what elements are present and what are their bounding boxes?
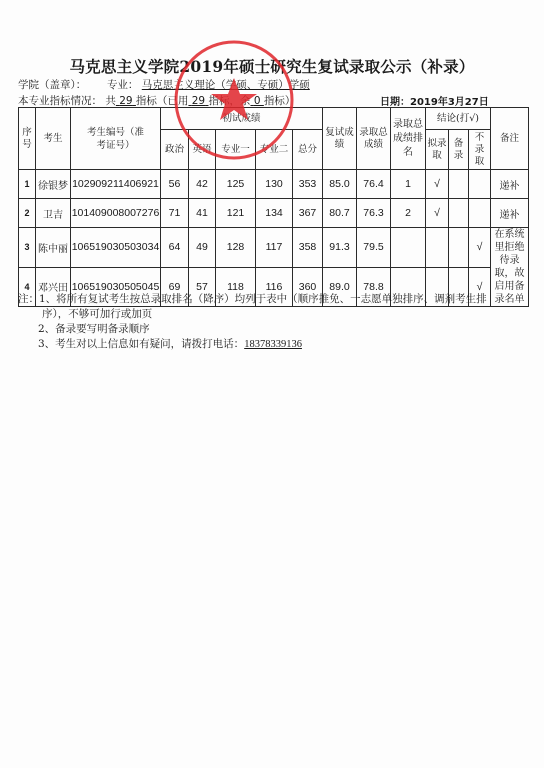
row-english: 49 xyxy=(189,228,216,268)
admission-table: 序号 考生 考生编号（准考证号） 初试成绩 复试成绩 录取总成绩 录取总成绩排名… xyxy=(18,107,529,307)
row-final-score: 76.4 xyxy=(357,170,391,199)
page-title: 马克思主义学院2019年硕士研究生复试录取公示（补录） xyxy=(0,55,544,77)
major-label: 专业： xyxy=(107,79,139,91)
note-1: 注：1、将所有复试考生按总录取排名（降序）均列于表中（顺序推免、一志愿单独排序、… xyxy=(18,292,487,307)
merged-remark: 在系统里拒绝待录取，故启用备录名单 xyxy=(491,228,529,307)
col-retest: 复试成绩 xyxy=(323,108,357,170)
notes: 注：1、将所有复试考生按总录取排名（降序）均列于表中（顺序推免、一志愿单独排序、… xyxy=(18,292,487,352)
row-exam-id: 106519030503034 xyxy=(71,228,161,268)
quota-used: 29 xyxy=(188,95,208,107)
row-rank: 2 xyxy=(391,199,426,228)
col-conclusion-group: 结论(打√) xyxy=(426,108,491,130)
check-reject xyxy=(469,170,491,199)
row-major1: 125 xyxy=(216,170,256,199)
check-reject xyxy=(469,199,491,228)
major-value: 马克思主义理论（学硕、专硕）学硕 xyxy=(142,79,310,91)
table-row: 3 陈中丽 106519030503034 64 49 128 117 358 … xyxy=(19,228,529,268)
row-major1: 121 xyxy=(216,199,256,228)
contact-phone: 18378339136 xyxy=(244,339,302,350)
quota-prefix: 本专业指标情况： 共 xyxy=(18,95,116,107)
quota-used-prefix: 指标（已用 xyxy=(136,95,189,107)
row-retest: 85.0 xyxy=(323,170,357,199)
col-rank: 录取总成绩排名 xyxy=(391,108,426,170)
row-index: 2 xyxy=(19,199,36,228)
check-admit: √ xyxy=(426,170,449,199)
row-politics: 56 xyxy=(161,170,189,199)
col-final-score: 录取总成绩 xyxy=(357,108,391,170)
quota-line: 本专业指标情况： 共 29 指标（已用 29 指标，余 0 指标） xyxy=(18,93,295,108)
date: 日期：2019年3月27日 xyxy=(380,93,489,108)
check-backup xyxy=(449,199,469,228)
col-major1: 专业一 xyxy=(216,130,256,170)
row-english: 41 xyxy=(189,199,216,228)
note-3: 3、考生对以上信息如有疑问，请拨打电话：18378339136 xyxy=(18,337,487,352)
row-politics: 71 xyxy=(161,199,189,228)
row-politics: 64 xyxy=(161,228,189,268)
row-remarks: 递补 xyxy=(491,170,529,199)
row-exam-id: 101409008007276 xyxy=(71,199,161,228)
check-admit xyxy=(426,228,449,268)
col-politics: 政治 xyxy=(161,130,189,170)
row-rank: 1 xyxy=(391,170,426,199)
row-major2: 134 xyxy=(256,199,293,228)
row-english: 42 xyxy=(189,170,216,199)
col-name: 考生 xyxy=(36,108,71,170)
row-retest: 80.7 xyxy=(323,199,357,228)
col-backup: 备录 xyxy=(449,130,469,170)
col-prelim-group: 初试成绩 xyxy=(161,108,323,130)
col-exam-id: 考生编号（准考证号） xyxy=(71,108,161,170)
quota-remain: 0 xyxy=(250,95,263,107)
row-retest: 91.3 xyxy=(323,228,357,268)
row-index: 1 xyxy=(19,170,36,199)
note-2: 2、备录要写明备录顺序 xyxy=(18,322,487,337)
col-english: 英语 xyxy=(189,130,216,170)
row-major2: 117 xyxy=(256,228,293,268)
row-name: 徐银梦 xyxy=(36,170,71,199)
table-row: 1 徐银梦 102909211406921 56 42 125 130 353 … xyxy=(19,170,529,199)
col-reject: 不录取 xyxy=(469,130,491,170)
college-major-line: 学院（盖章）： 专业： 马克思主义理论（学硕、专硕）学硕 xyxy=(18,77,310,92)
note-1-cont: 序），不够可加行或加页 xyxy=(18,307,487,322)
row-total: 358 xyxy=(293,228,323,268)
quota-suffix: 指标） xyxy=(264,95,296,107)
row-final-score: 79.5 xyxy=(357,228,391,268)
check-reject: √ xyxy=(469,228,491,268)
table-row: 2 卫吉 101409008007276 71 41 121 134 367 8… xyxy=(19,199,529,228)
row-final-score: 76.3 xyxy=(357,199,391,228)
row-remarks: 递补 xyxy=(491,199,529,228)
row-name: 卫吉 xyxy=(36,199,71,228)
row-total: 353 xyxy=(293,170,323,199)
row-major2: 130 xyxy=(256,170,293,199)
check-backup xyxy=(449,170,469,199)
row-major1: 128 xyxy=(216,228,256,268)
college-label: 学院（盖章）： xyxy=(18,79,86,91)
quota-total: 29 xyxy=(116,95,136,107)
row-index: 3 xyxy=(19,228,36,268)
row-exam-id: 102909211406921 xyxy=(71,170,161,199)
check-backup xyxy=(449,228,469,268)
col-admit: 拟录取 xyxy=(426,130,449,170)
col-major2: 专业二 xyxy=(256,130,293,170)
row-rank xyxy=(391,228,426,268)
quota-remain-prefix: 指标，余 xyxy=(208,95,250,107)
col-index: 序号 xyxy=(19,108,36,170)
row-total: 367 xyxy=(293,199,323,228)
col-total: 总分 xyxy=(293,130,323,170)
row-name: 陈中丽 xyxy=(36,228,71,268)
check-admit: √ xyxy=(426,199,449,228)
col-remarks: 备注 xyxy=(491,108,529,170)
